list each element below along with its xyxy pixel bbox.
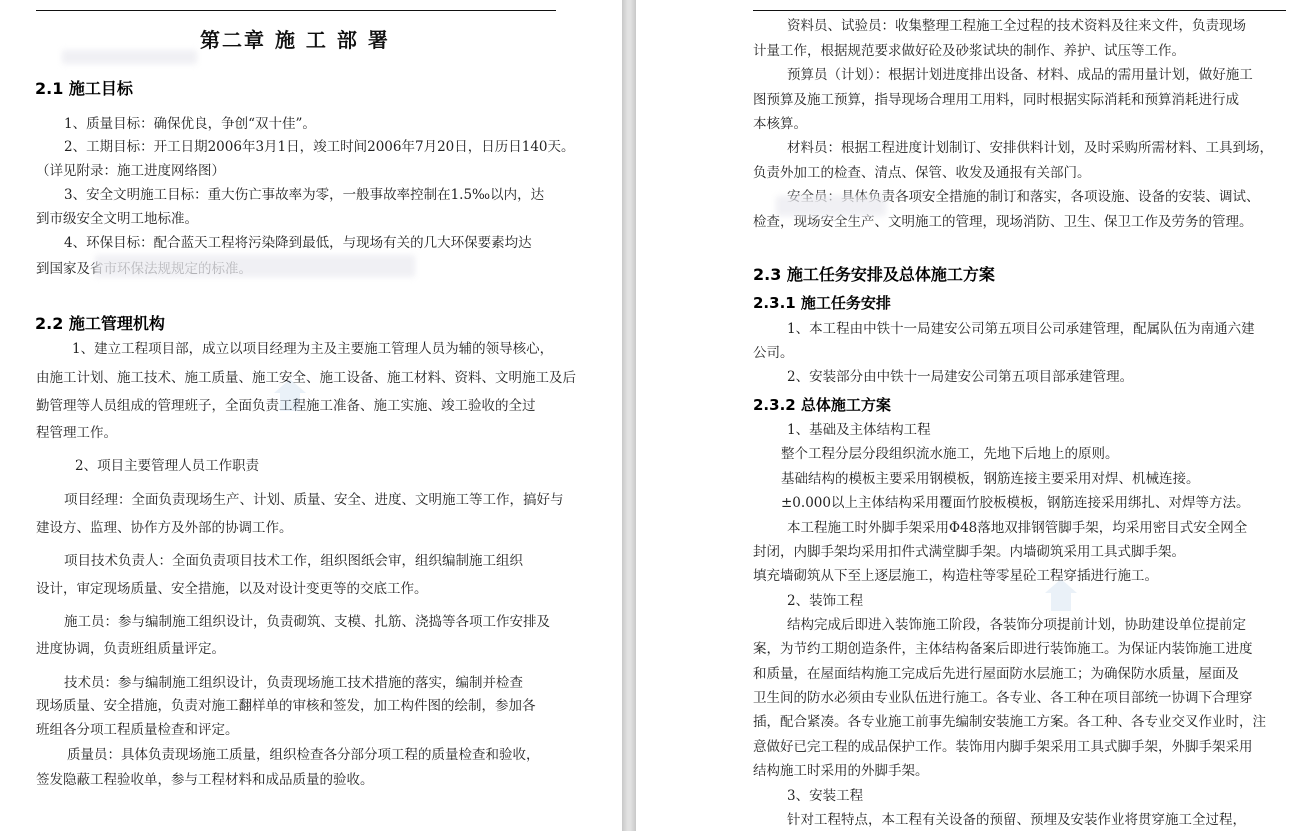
paragraph-line: 结构完成后即进入装饰施工阶段，各装饰分项提前计划，协助建设单位提前定: [787, 616, 1246, 634]
paragraph-line: 到市级安全文明工地标准。: [36, 210, 198, 228]
paragraph-line: 材料员：根据工程进度计划制订、安排供料计划，及时采购所需材料、工具到场，: [787, 139, 1273, 157]
blurred-watermark: [95, 255, 415, 277]
paragraph-line: 基础结构的模板主要采用钢模板，钢筋连接主要采用对焊、机械连接。: [781, 470, 1200, 488]
watermark-logo-icon: [1041, 575, 1081, 615]
paragraph-line: 1、基础及主体结构工程: [787, 421, 931, 439]
paragraph-line: 公司。: [753, 344, 794, 362]
paragraph-line: ±0.000以上主体结构采用覆面竹胶板模板，钢筋连接采用绑扎、对焊等方法。: [781, 494, 1249, 512]
paragraph-line: 设计，审定现场质量、安全措施，以及对设计变更等的交底工作。: [36, 580, 428, 598]
paragraph-line: 本核算。: [753, 115, 807, 133]
paragraph-line: 图预算及施工预算，指导现场合理用工用料，同时根据实际消耗和预算消耗进行成: [753, 91, 1239, 109]
paragraph-line: 案，为节约工期创造条件，主体结构备案后即进行装饰施工。为保证内装饰施工进度: [753, 640, 1253, 658]
paragraph-line: 2、项目主要管理人员工作职责: [75, 457, 259, 475]
document-page-right: 资料员、试验员：收集整理工程施工全过程的技术资料及往来文件，负责现场 计量工作，…: [636, 0, 1305, 831]
paragraph-line: 封闭，内脚手架均采用扣件式满堂脚手架。内墙砌筑采用工具式脚手架。: [753, 543, 1185, 561]
blurred-watermark: [62, 50, 197, 64]
paragraph-line: 进度协调，负责班组质量评定。: [36, 640, 225, 658]
document-page-left: 第二章 施 工 部 署 2.1 施工目标 1、质量目标：确保优良，争创“双十佳”…: [0, 0, 622, 831]
paragraph-line: 意做好已完工程的成品保护工作。装饰用内脚手架采用工具式脚手架，外脚手架采用: [753, 738, 1253, 756]
paragraph-line: 本工程施工时外脚手架采用Φ48落地双排钢管脚手架，均采用密目式安全网全: [787, 519, 1247, 537]
paragraph-line: 填充墙砌筑从下至上逐层施工，构造柱等零星砼工程穿插进行施工。: [753, 567, 1158, 585]
header-rule: [753, 10, 1286, 11]
paragraph-line: 和质量，在屋面结构施工完成后先进行屋面防水层施工；为确保防水质量，屋面及: [753, 665, 1239, 683]
paragraph-line: 建设方、监理、协作方及外部的协调工作。: [36, 519, 293, 537]
paragraph-line: 现场质量、安全措施，负责对施工翻样单的审核和签发，加工构件图的绘制，参加各: [36, 697, 536, 715]
blurred-watermark: [776, 196, 886, 216]
paragraph-line: 质量员：具体负责现场施工质量，组织检查各分部分项工程的质量检查和验收，: [67, 746, 540, 764]
paragraph-line: 整个工程分层分段组织流水施工，先地下后地上的原则。: [781, 445, 1119, 463]
paragraph-line: 针对工程特点，本工程有关设备的预留、预埋及安装作业将贯穿施工全过程，: [787, 811, 1246, 829]
paragraph-line: 2、装饰工程: [787, 592, 863, 610]
paragraph-line: 预算员（计划）：根据计划进度排出设备、材料、成品的需用量计划，做好施工: [787, 66, 1253, 84]
paragraph-line: 1、本工程由中铁十一局建安公司第五项目公司承建管理，配属队伍为南通六建: [787, 320, 1255, 338]
paragraph-line: 结构施工时采用的外脚手架。: [753, 762, 929, 780]
paragraph-line: 卫生间的防水必须由专业队伍进行施工。各专业、各工种在项目部统一协调下合理穿: [753, 689, 1253, 707]
chapter-title: 第二章 施 工 部 署: [200, 24, 390, 53]
paragraph-line: 程管理工作。: [36, 424, 117, 442]
paragraph-line: 4、环保目标：配合蓝天工程将污染降到最低，与现场有关的几大环保要素均达: [64, 234, 532, 252]
paragraph-line: 3、安装工程: [787, 787, 863, 805]
section-heading-2-2: 2.2 施工管理机构: [35, 311, 165, 334]
section-heading-2-1: 2.1 施工目标: [35, 76, 133, 99]
watermark-logo-icon: [270, 375, 310, 415]
section-heading-2-3-2: 2.3.2 总体施工方案: [753, 394, 891, 415]
paragraph-line: 计量工作，根据规范要求做好砼及砂浆试块的制作、养护、试压等工作。: [753, 42, 1185, 60]
section-heading-2-3: 2.3 施工任务安排及总体施工方案: [753, 262, 995, 285]
paragraph-line: 2、工期目标：开工日期2006年3月1日，竣工时间2006年7月20日，日历日1…: [64, 138, 575, 156]
paragraph-line: 班组各分项工程质量检查和评定。: [36, 721, 239, 739]
section-heading-2-3-1: 2.3.1 施工任务安排: [753, 292, 891, 313]
paragraph-line: 插，配合紧凑。各专业施工前事先编制安装施工方案。各工种、各专业交叉作业时，注: [753, 713, 1266, 731]
paragraph-line: 技术员：参与编制施工组织设计，负责现场施工技术措施的落实，编制并检查: [64, 674, 523, 692]
paragraph-line: 资料员、试验员：收集整理工程施工全过程的技术资料及往来文件，负责现场: [787, 17, 1246, 35]
header-rule: [36, 10, 556, 11]
paragraph-line: 1、质量目标：确保优良，争创“双十佳”。: [64, 115, 316, 133]
paragraph-line: 项目技术负责人：全面负责项目技术工作，组织图纸会审，组织编制施工组织: [64, 552, 523, 570]
paragraph-line: 2、安装部分由中铁十一局建安公司第五项目部承建管理。: [787, 368, 1133, 386]
paragraph-line: 3、安全文明施工目标：重大伤亡事故率为零，一般事故率控制在1.5‰以内，达: [64, 186, 544, 204]
paragraph-line: 1、建立工程项目部，成立以项目经理为主及主要施工管理人员为辅的领导核心，: [72, 340, 553, 358]
paragraph-line: 负责外加工的检查、清点、保管、收发及通报有关部门。: [753, 164, 1091, 182]
page-divider: [622, 0, 636, 831]
paragraph-line: 施工员：参与编制施工组织设计，负责砌筑、支模、扎筋、浇捣等各项工作安排及: [64, 613, 550, 631]
paragraph-line: （详见附录：施工进度网络图）: [36, 162, 225, 180]
paragraph-line: 项目经理：全面负责现场生产、计划、质量、安全、进度、文明施工等工作，搞好与: [64, 491, 564, 509]
paragraph-line: 签发隐蔽工程验收单，参与工程材料和成品质量的验收。: [36, 771, 374, 789]
